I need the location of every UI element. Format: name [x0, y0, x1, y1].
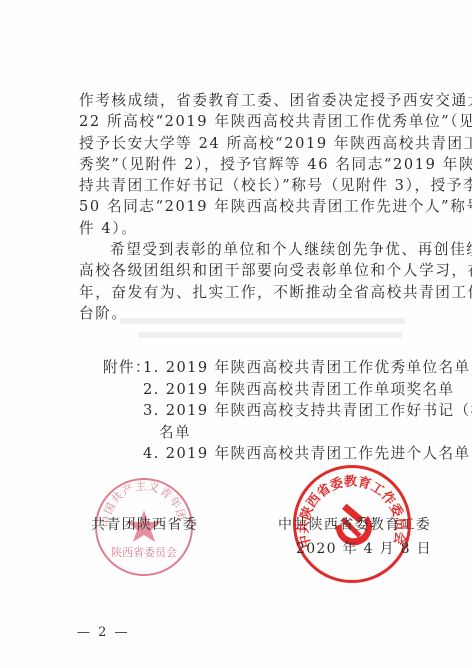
attachments-label: 附件： — [103, 357, 143, 379]
signature-youth-league: 共青团陕西省委 — [91, 514, 198, 534]
paragraph-2-line: 希望受到表彰的单位和个人继续创先争优、再创佳绩。全省 — [79, 239, 435, 260]
attachment-item: 1. 2019 年陕西高校共青团工作优秀单位名单 — [143, 357, 470, 379]
paragraph-1-line: 22 所高校“2019 年陕西高校共青团工作优秀单位”（见附件 1）， — [79, 111, 435, 132]
paragraph-2-line: 高校各级团组织和团干部要向受表彰单位和个人学习，在新的一 — [79, 260, 435, 281]
attachment-item-continuation: 名单 — [103, 422, 472, 444]
paragraph-2-line: 台阶。 — [79, 303, 435, 324]
paragraph-1-line: 作考核成绩，省委教育工委、团省委决定授予西安交通大学等 — [79, 90, 435, 111]
attachments-list: 附件：1. 2019 年陕西高校共青团工作优秀单位名单 2. 2019 年陕西高… — [103, 357, 472, 465]
paragraph-1-line: 授予长安大学等 24 所高校“2019 年陕西高校共青团工作单项优 — [79, 133, 435, 154]
svg-text:陕西省委员会: 陕西省委员会 — [111, 545, 177, 559]
paragraph-2-line: 年，奋发有为、扎实工作，不断推动全省高校共青团工作再上新 — [79, 282, 435, 303]
attachment-item: 3. 2019 年陕西高校支持共青团工作好书记（校长） — [103, 400, 472, 422]
body-text: 作考核成绩，省委教育工委、团省委决定授予西安交通大学等 22 所高校“2019 … — [79, 90, 435, 324]
attachment-item: 4. 2019 年陕西高校共青团工作先进个人名单 — [103, 443, 472, 465]
page-number: — 2 — — [77, 625, 130, 640]
attachment-item: 2. 2019 年陕西高校共青团工作单项奖名单 — [103, 379, 472, 401]
paragraph-1-line: 秀奖”（见附件 2），授予官辉等 46 名同志“2019 年陕西高校支 — [79, 154, 435, 175]
paragraph-1-line: 50 名同志“2019 年陕西高校共青团工作先进个人”称号（见附 — [79, 196, 435, 217]
signature-education-committee: 中共陕西省委教育工委 — [278, 514, 431, 534]
document-page: 作考核成绩，省委教育工委、团省委决定授予西安交通大学等 22 所高校“2019 … — [0, 0, 472, 668]
signature-date: 2020 年 4 月 8 日 — [296, 538, 432, 558]
paragraph-1-line: 持共青团工作好书记（校长）”称号（见附件 3），授予李开贤等 — [79, 175, 435, 196]
paragraph-1-line: 件 4）。 — [79, 218, 435, 239]
